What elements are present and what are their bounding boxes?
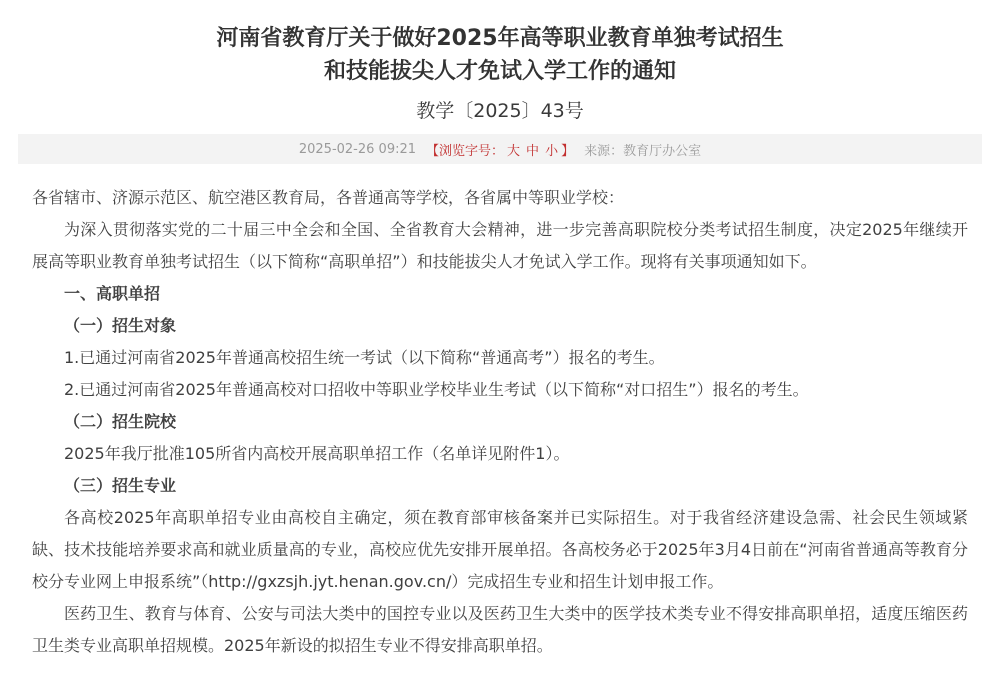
subsection-heading-1-3: （三）招生专业 — [32, 470, 968, 502]
page-title-line-2: 和技能拔尖人才免试入学工作的通知 — [0, 55, 1000, 88]
subsection-heading-1-2: （二）招生院校 — [32, 406, 968, 438]
intro-paragraph: 为深入贯彻落实党的二十届三中全会和全国、全省教育大会精神，进一步完善高职院校分类… — [32, 214, 968, 278]
document-body: 各省辖市、济源示范区、航空港区教育局，各普通高等学校，各省属中等职业学校： 为深… — [32, 182, 968, 662]
subsection-1-2-paragraph: 2025年我厅批准105所省内高校开展高职单招工作（名单详见附件1）。 — [32, 438, 968, 470]
document-number: 教学〔2025〕43号 — [0, 98, 1000, 124]
publish-datetime: 2025-02-26 09:21 — [299, 142, 416, 157]
notice-page: 河南省教育厅关于做好2025年高等职业教育单独考试招生 和技能拔尖人才免试入学工… — [0, 0, 1000, 674]
list-item-1: 1.已通过河南省2025年普通高校招生统一考试（以下简称“普通高考”）报名的考生… — [32, 342, 968, 374]
section-heading-1: 一、高职单招 — [32, 278, 968, 310]
font-size-small-button[interactable]: 小 — [545, 140, 558, 159]
salutation: 各省辖市、济源示范区、航空港区教育局，各普通高等学校，各省属中等职业学校： — [32, 182, 968, 214]
source-value: 教育厅办公室 — [623, 140, 701, 159]
subsection-1-3-paragraph-2: 医药卫生、教育与体育、公安与司法大类中的国控专业以及医药卫生大类中的医学技术类专… — [32, 598, 968, 662]
font-size-label-close: 】 — [561, 140, 574, 159]
font-size-medium-button[interactable]: 中 — [526, 140, 539, 159]
page-title-line-1: 河南省教育厅关于做好2025年高等职业教育单独考试招生 — [0, 22, 1000, 55]
source-label: 来源： — [584, 140, 623, 159]
page-title: 河南省教育厅关于做好2025年高等职业教育单独考试招生 和技能拔尖人才免试入学工… — [0, 22, 1000, 88]
meta-bar: 2025-02-26 09:21 【浏览字号： 大 中 小 】 来源： 教育厅办… — [18, 134, 982, 164]
font-size-label-open: 【浏览字号： — [426, 140, 504, 159]
subsection-1-3-paragraph-1: 各高校2025年高职单招专业由高校自主确定，须在教育部审核备案并已实际招生。对于… — [32, 502, 968, 598]
font-size-large-button[interactable]: 大 — [507, 140, 520, 159]
subsection-heading-1-1: （一）招生对象 — [32, 310, 968, 342]
list-item-2: 2.已通过河南省2025年普通高校对口招收中等职业学校毕业生考试（以下简称“对口… — [32, 374, 968, 406]
